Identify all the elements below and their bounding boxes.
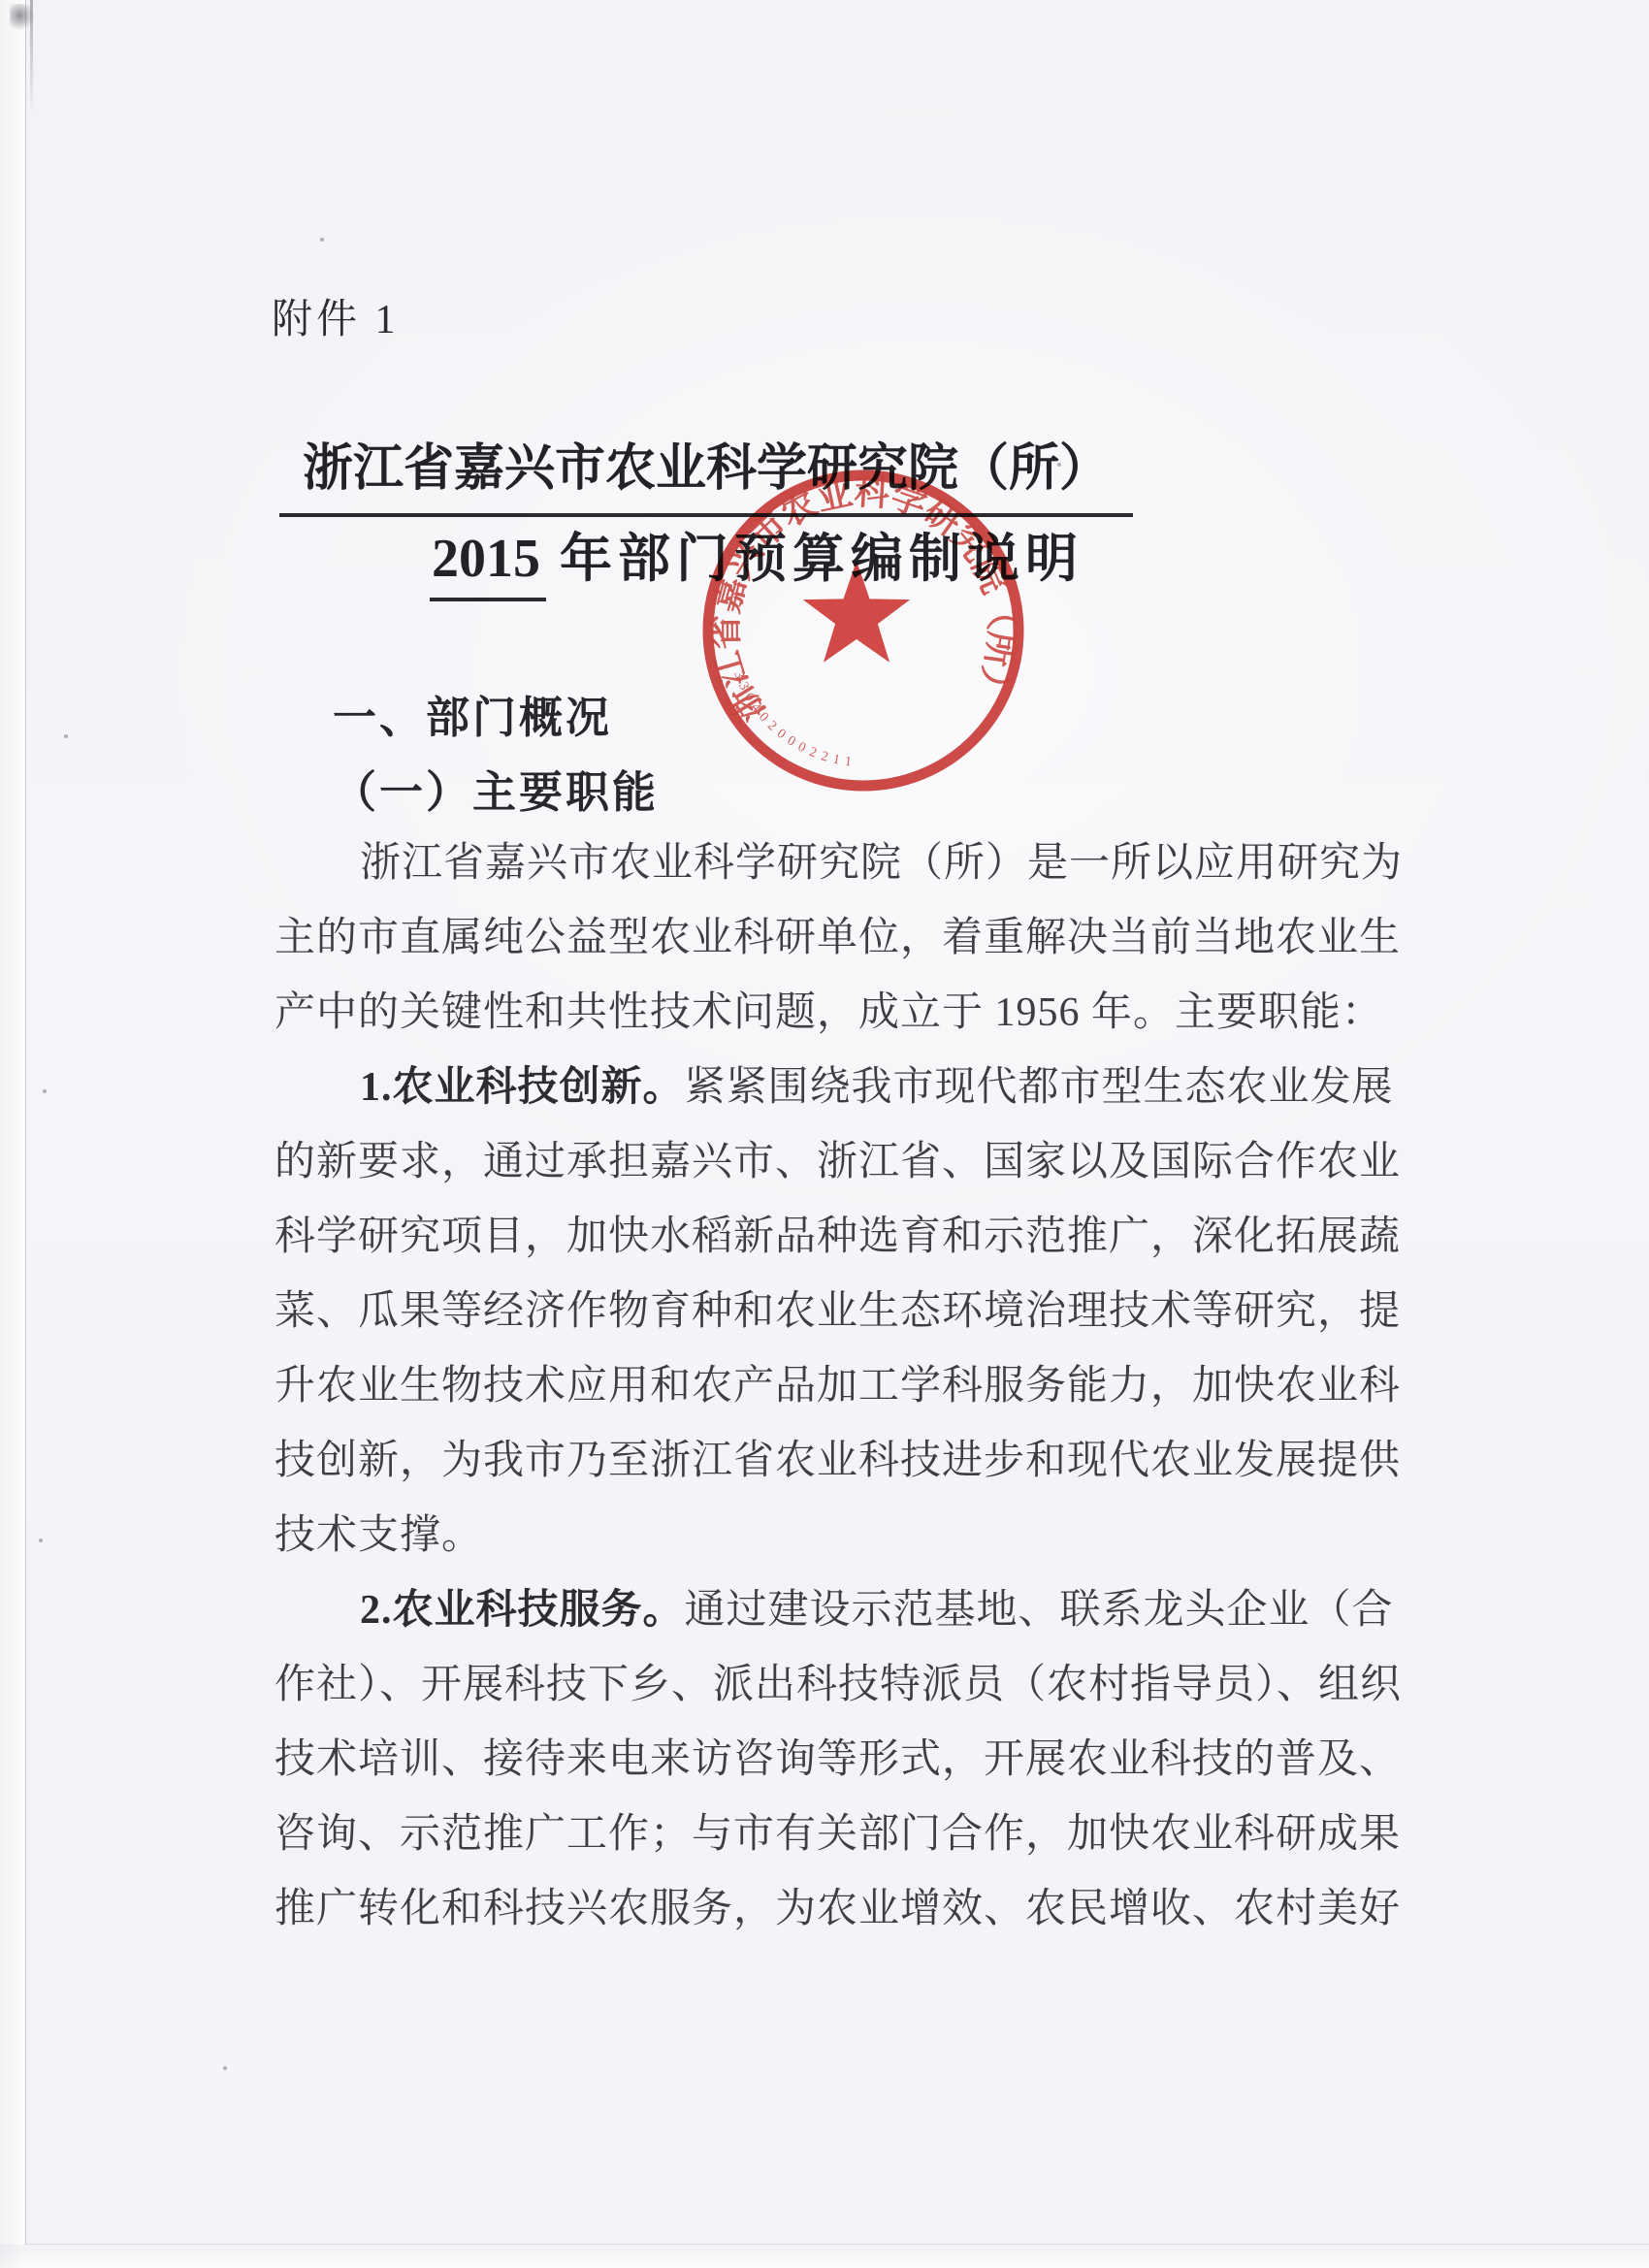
body-line-text: 技术支撑。 bbox=[275, 1513, 483, 1558]
body-line-bold-lead: 1.农业科技创新。 bbox=[360, 1065, 685, 1110]
body-line-text: 技术培训、接待来电来访咨询等形式，开展农业科技的普及、 bbox=[275, 1737, 1401, 1782]
body-line: 技创新，为我市乃至浙江省农业科技进步和现代农业发展提供 bbox=[275, 1427, 1419, 1502]
body-line-text: 的新要求，通过承担嘉兴市、浙江省、国家以及国际合作农业 bbox=[275, 1140, 1401, 1184]
scan-edge-shadow-bottom bbox=[0, 2245, 1649, 2268]
body-line: 菜、瓜果等经济作物育种和农业生态环境治理技术等研究，提 bbox=[275, 1278, 1419, 1352]
body-line-text: 通过建设示范基地、联系龙头企业（合 bbox=[685, 1588, 1394, 1633]
body-line: 技术培训、接待来电来访咨询等形式，开展农业科技的普及、 bbox=[275, 1726, 1419, 1800]
section-heading-overview: 一、部门概况 bbox=[333, 682, 612, 745]
body-line-text: 紧紧围绕我市现代都市型生态农业发展 bbox=[685, 1065, 1394, 1110]
scan-edge-shadow-left bbox=[0, 0, 25, 2268]
body-line-text: 浙江省嘉兴市农业科学研究院（所）是一所以应用研究为 bbox=[360, 841, 1403, 886]
body-line: 2.农业科技服务。通过建设示范基地、联系龙头企业（合 bbox=[275, 1576, 1419, 1651]
body-line: 主的市直属纯公益型农业科研单位，着重解决当前当地农业生 bbox=[275, 904, 1419, 979]
attachment-label: 附件 1 bbox=[272, 287, 400, 345]
body-line: 科学研究项目，加快水稻新品种选育和示范推广，深化拓展蔬 bbox=[275, 1203, 1419, 1278]
body-text: 浙江省嘉兴市农业科学研究院（所）是一所以应用研究为主的市直属纯公益型农业科研单位… bbox=[275, 829, 1419, 1950]
subsection-heading-functions: （一）主要职能 bbox=[333, 757, 659, 820]
scanned-document-page: 附件 1 浙江省嘉兴市农业科学研究院（所） 2015年部门预算编制说明 浙江省嘉… bbox=[0, 0, 1649, 2268]
body-line-text: 产中的关键性和共性技术问题，成立于 1956 年。主要职能： bbox=[275, 990, 1383, 1035]
body-line-text: 作社）、开展科技下乡、派出科技特派员（农村指导员）、组织 bbox=[275, 1663, 1402, 1707]
body-line-text: 主的市直属纯公益型农业科研单位，着重解决当前当地农业生 bbox=[275, 916, 1401, 960]
title-year: 2015 bbox=[430, 528, 546, 601]
body-line-text: 技创新，为我市乃至浙江省农业科技进步和现代农业发展提供 bbox=[275, 1439, 1401, 1483]
body-line-text: 科学研究项目，加快水稻新品种选育和示范推广，深化拓展蔬 bbox=[275, 1215, 1401, 1259]
body-line-text: 升农业生物技术应用和农产品加工学科服务能力，加快农业科 bbox=[275, 1364, 1401, 1409]
body-line: 技术支撑。 bbox=[275, 1502, 1419, 1576]
body-line: 1.农业科技创新。紧紧围绕我市现代都市型生态农业发展 bbox=[275, 1053, 1419, 1128]
body-line: 升农业生物技术应用和农产品加工学科服务能力，加快农业科 bbox=[275, 1352, 1419, 1427]
seal-star-icon bbox=[803, 561, 910, 663]
body-line-text: 菜、瓜果等经济作物育种和农业生态环境治理技术等研究，提 bbox=[275, 1289, 1401, 1334]
body-line-text: 推广转化和科技兴农服务，为农业增效、农民增收、农村美好 bbox=[275, 1887, 1401, 1931]
body-line-text: 咨询、示范推广工作；与市有关部门合作，加快农业科研成果 bbox=[275, 1812, 1401, 1857]
body-line: 产中的关键性和共性技术问题，成立于 1956 年。主要职能： bbox=[275, 979, 1419, 1053]
body-line-bold-lead: 2.农业科技服务。 bbox=[360, 1588, 685, 1633]
official-red-seal: 浙江省嘉兴市农业科学研究院（所） 3304020002211 bbox=[700, 468, 1026, 794]
body-line: 浙江省嘉兴市农业科学研究院（所）是一所以应用研究为 bbox=[275, 829, 1419, 904]
body-line: 推广转化和科技兴农服务，为农业增效、农民增收、农村美好 bbox=[275, 1875, 1419, 1950]
body-line: 咨询、示范推广工作；与市有关部门合作，加快农业科研成果 bbox=[275, 1800, 1419, 1875]
body-line: 的新要求，通过承担嘉兴市、浙江省、国家以及国际合作农业 bbox=[275, 1128, 1419, 1203]
body-line: 作社）、开展科技下乡、派出科技特派员（农村指导员）、组织 bbox=[275, 1651, 1419, 1726]
